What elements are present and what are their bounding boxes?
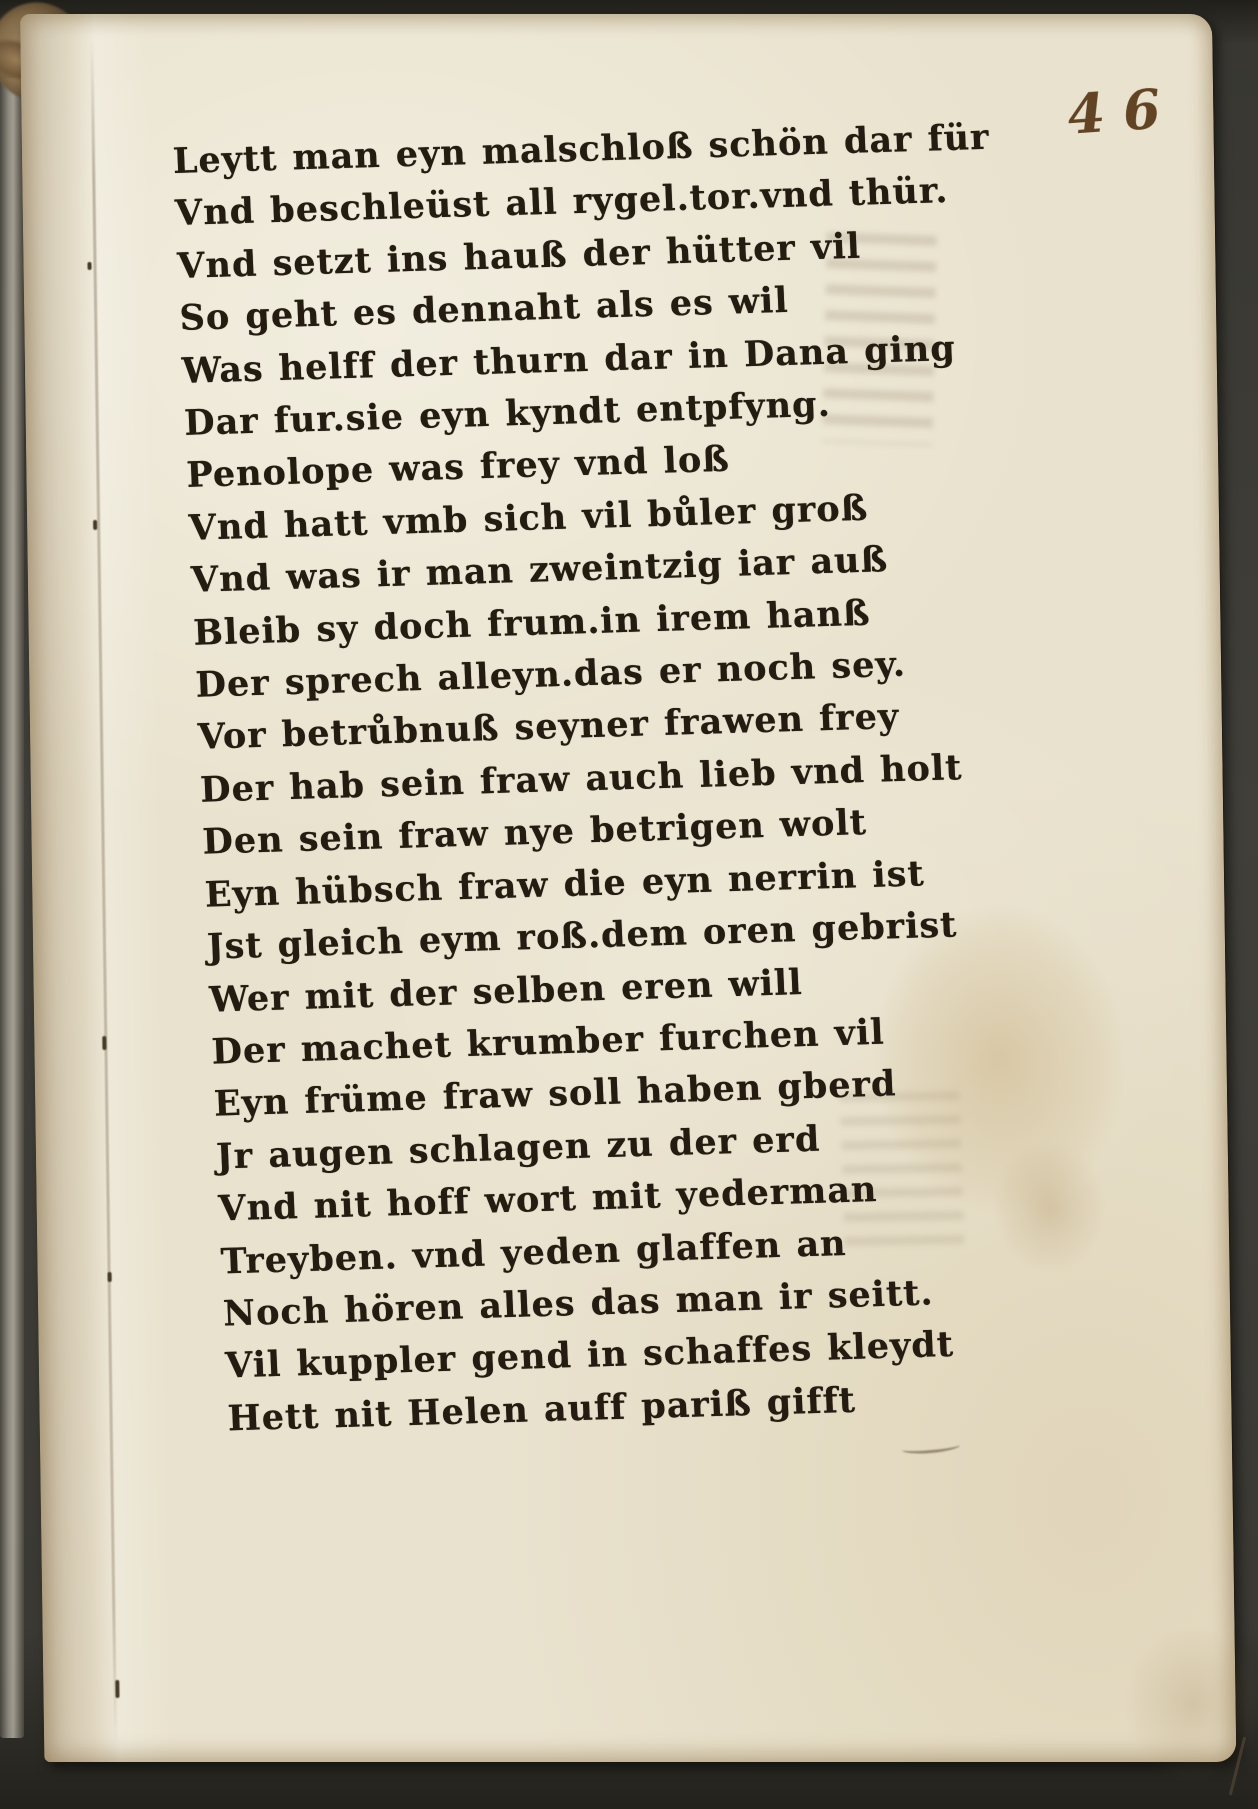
sewing-stitch	[108, 1272, 112, 1282]
sewing-stitch	[115, 1680, 119, 1698]
gutter-shadow	[20, 14, 174, 1762]
book-page: 46 Leytt man eyn malschloß schön dar für…	[20, 14, 1236, 1762]
folio-number-handwritten: 46	[1065, 80, 1180, 142]
scan-background: 46 Leytt man eyn malschloß schön dar für…	[0, 0, 1258, 1809]
sewing-stitch	[93, 520, 97, 530]
ink-smudge	[902, 1439, 961, 1455]
book-page-edges	[0, 78, 24, 1738]
poem-text-block: Leytt man eyn malschloß schön dar fürVnd…	[172, 113, 989, 1445]
sewing-stitch	[102, 1036, 106, 1050]
paper-stain	[991, 1139, 1108, 1274]
sewing-stitch	[87, 262, 91, 270]
